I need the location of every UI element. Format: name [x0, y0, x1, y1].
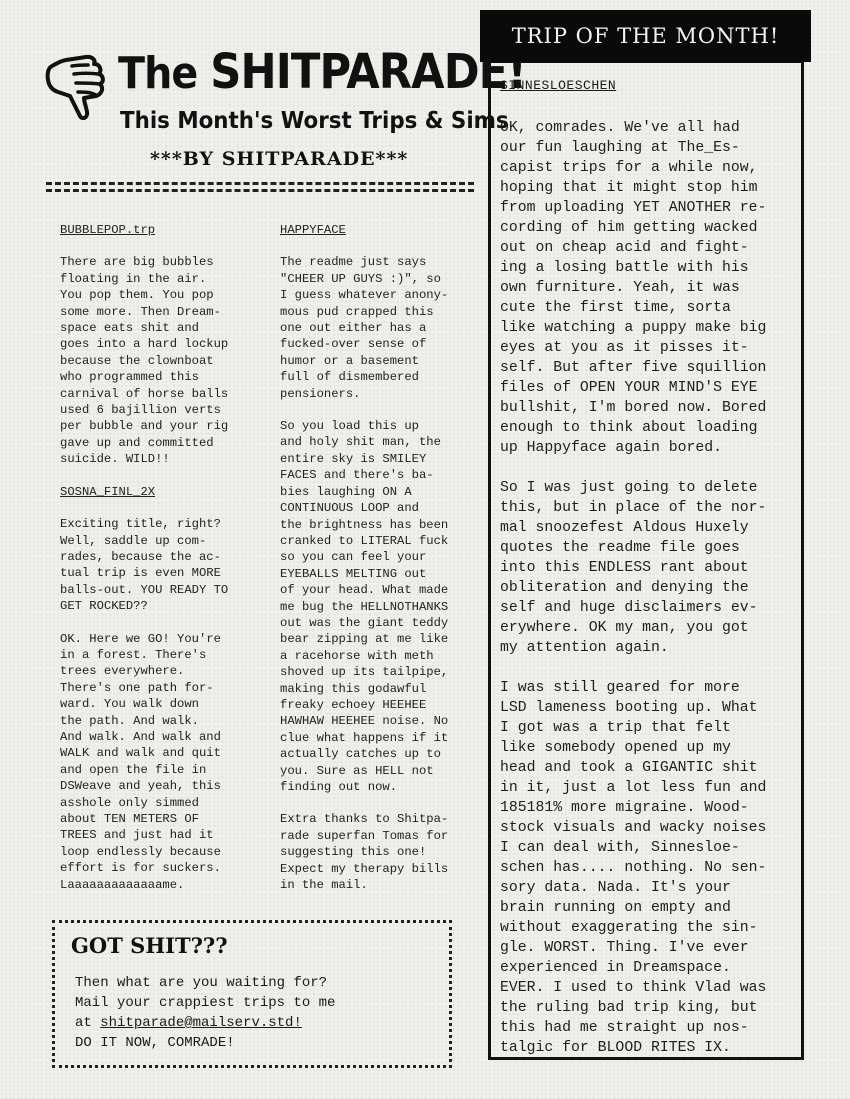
entry-paragraph: Extra thanks to Shitpa- rade superfan To… [280, 811, 480, 893]
entry-title: HAPPYFACE [280, 222, 346, 238]
callout-line: at shitparade@mailserv.std! [75, 1013, 445, 1033]
review-paragraph: OK, comrades. We've all had our fun laug… [500, 118, 800, 458]
review-paragraph: So I was just going to delete this, but … [500, 478, 800, 658]
masthead-divider [46, 182, 474, 192]
trip-of-the-month-box: SINNESLOESCHEN OK, comrades. We've all h… [488, 60, 804, 1060]
masthead-title: The SHITPARADE! [118, 44, 526, 100]
callout-line-prefix: at [75, 1015, 100, 1031]
entry-paragraph: So you load this up and holy shit man, t… [280, 418, 480, 795]
trip-name: SINNESLOESCHEN [500, 78, 616, 93]
masthead-byline: ***BY SHITPARADE*** [150, 148, 408, 170]
trip-review: OK, comrades. We've all had our fun laug… [500, 118, 800, 1078]
entry-paragraph: The readme just says "CHEER UP GUYS :)",… [280, 254, 480, 402]
entry-title: BUBBLEPOP.trp [60, 222, 155, 238]
trip-of-the-month-header: TRIP OF THE MONTH! [480, 10, 811, 62]
callout-line: DO IT NOW, COMRADE! [75, 1033, 445, 1053]
callout-line: Mail your crappiest trips to me [75, 993, 445, 1013]
email-link[interactable]: shitparade@mailserv.std! [100, 1015, 302, 1031]
entry-paragraph: Exciting title, right? Well, saddle up c… [60, 516, 260, 614]
column-middle: HAPPYFACE The readme just says "CHEER UP… [280, 222, 480, 909]
masthead-title-main: SHITPARADE! [210, 44, 526, 100]
column-left: BUBBLEPOP.trp There are big bubbles floa… [60, 222, 260, 909]
submission-callout: GOT SHIT??? Then what are you waiting fo… [52, 920, 452, 1068]
review-paragraph: I was still geared for more LSD lameness… [500, 678, 800, 1058]
callout-line: Then what are you waiting for? [75, 973, 445, 993]
masthead-subtitle: This Month's Worst Trips & Sims [120, 108, 509, 134]
entry-paragraph: There are big bubbles floating in the ai… [60, 254, 260, 467]
callout-title: GOT SHIT??? [71, 933, 228, 958]
entry-paragraph: OK. Here we GO! You're in a forest. Ther… [60, 631, 260, 894]
entry-bubblepop: BUBBLEPOP.trp There are big bubbles floa… [60, 222, 260, 468]
callout-body: Then what are you waiting for? Mail your… [75, 973, 445, 1053]
thumbs-down-icon [44, 52, 108, 120]
entry-sosna: SOSNA_FINL_2X Exciting title, right? Wel… [60, 484, 260, 893]
entry-happyface: HAPPYFACE The readme just says "CHEER UP… [280, 222, 480, 893]
masthead-title-prefix: The [118, 48, 210, 99]
entry-title: SOSNA_FINL_2X [60, 484, 155, 500]
